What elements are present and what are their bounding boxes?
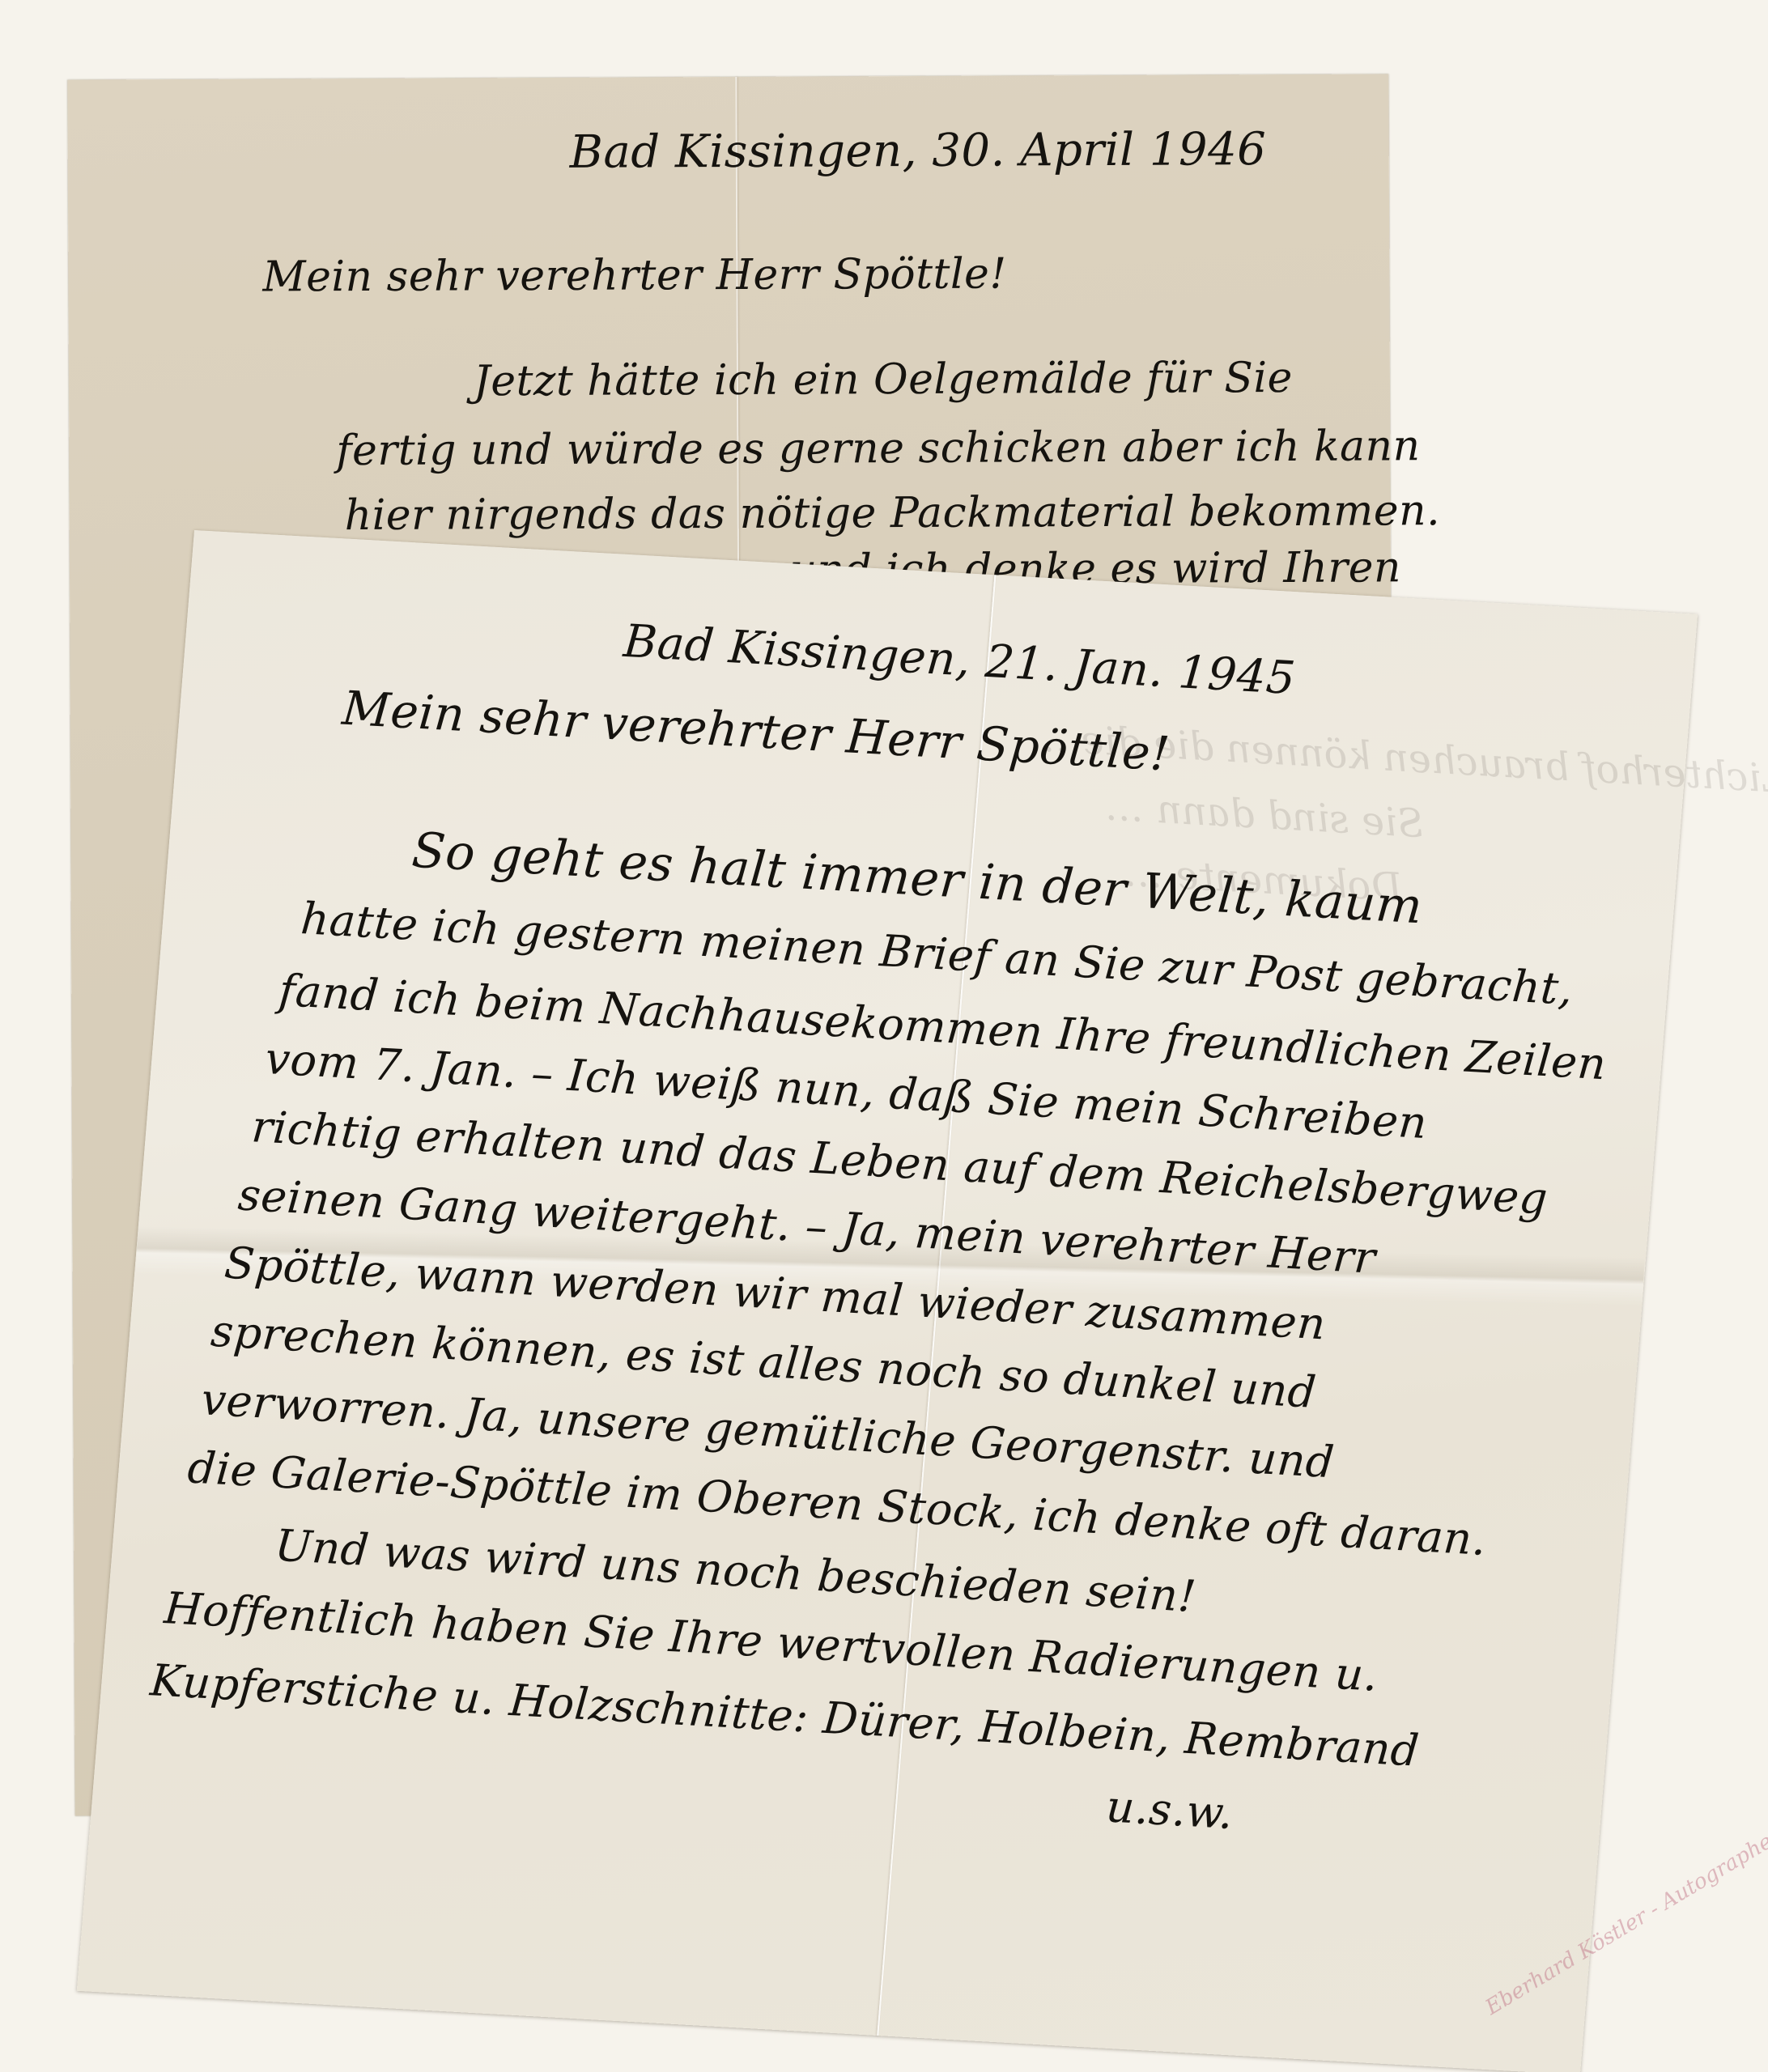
back-date-line: Bad Kissingen, 30. April 1946 [570,123,1267,179]
front-date-line: Bad Kissingen, 21. Jan. 1945 [622,615,1298,705]
front-salutation: Mein sehr verehrter Herr Spöttle! [340,681,1171,782]
bleed-through-text: Sie sind dann … [1104,783,1426,847]
front-closing-usw: u.s.w. [1104,1781,1235,1839]
back-body-line: Jetzt hätte ich ein Oelgemälde für Sie [474,354,1293,405]
back-body-line: hier nirgends das nötige Packmaterial be… [345,486,1441,540]
back-body-line: fertig und würde es gerne schicken aber … [336,422,1420,475]
front-letter-1945: im Lichterhof brauchen können die die … … [77,530,1698,2072]
back-salutation: Mein sehr verehrter Herr Spöttle! [262,250,1007,302]
